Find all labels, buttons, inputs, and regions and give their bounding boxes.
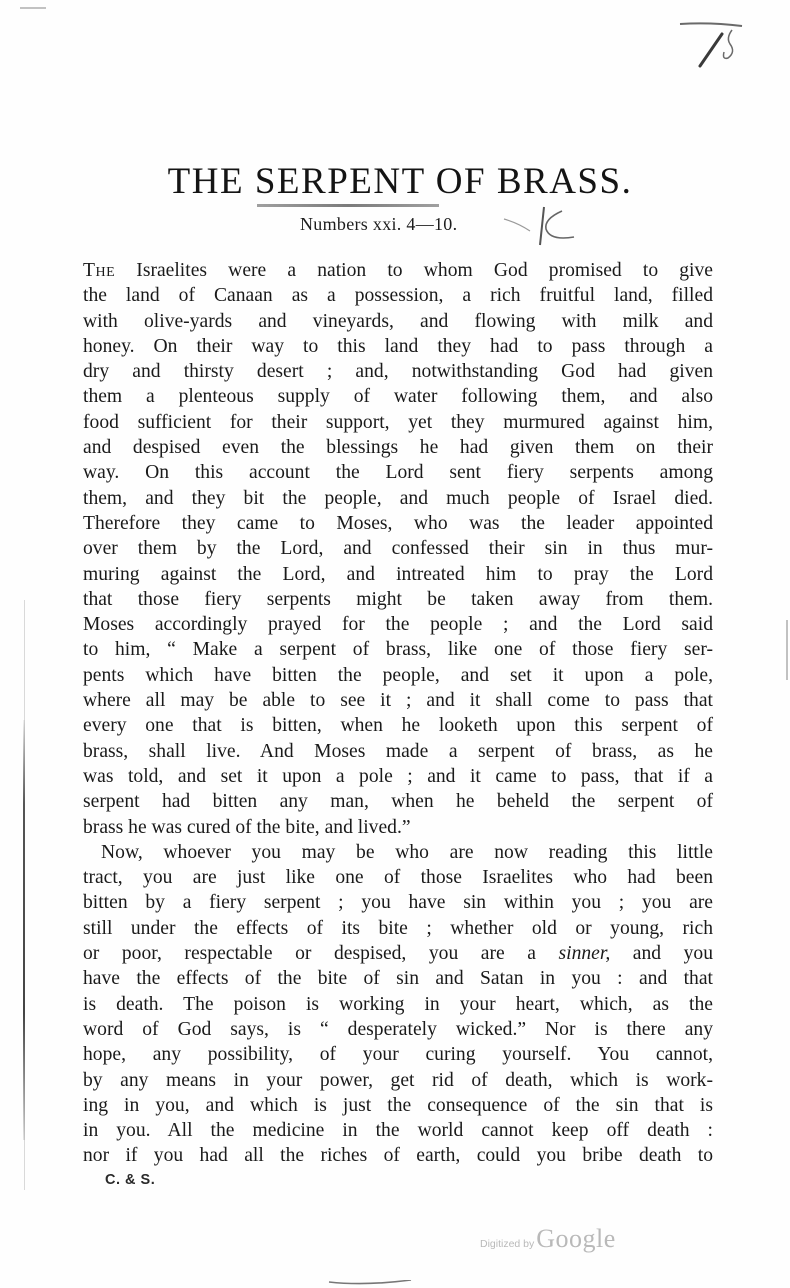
text-line: in you. All the medicine in the world ca… <box>83 1118 713 1143</box>
digitized-watermark: Digitized by Google <box>480 1224 616 1254</box>
text-line: bitten by a fiery serpent ; you have sin… <box>83 890 713 915</box>
text-line: muring against the Lord, and intreated h… <box>83 562 713 587</box>
text-line: with olive-yards and vineyards, and flow… <box>83 309 713 334</box>
text-line: still under the effects of its bite ; wh… <box>83 916 713 941</box>
text-line: word of God says, is “ desperately wicke… <box>83 1017 713 1042</box>
text-line: them a plenteous supply of water followi… <box>83 384 713 409</box>
lead-word: The <box>83 260 115 281</box>
emphasized-word: sinner, <box>559 943 611 964</box>
scan-artifact-mark <box>20 7 46 9</box>
text-line: to him, “ Make a serpent of brass, like … <box>83 637 713 662</box>
title-underline-mark <box>257 204 439 207</box>
text-line: is death. The poison is working in your … <box>83 992 713 1017</box>
text-line: by any means in your power, get rid of d… <box>83 1068 713 1093</box>
page-title: THE SERPENT OF BRASS. <box>0 160 790 203</box>
scripture-reference: Numbers xxi. 4—10. <box>300 214 457 235</box>
handwritten-annotation-mark <box>500 205 580 253</box>
text-line: over them by the Lord, and confessed the… <box>83 536 713 561</box>
scanned-page: THE SERPENT OF BRASS. Numbers xxi. 4—10.… <box>0 0 790 1288</box>
text-line: have the effects of the bite of sin and … <box>83 966 713 991</box>
text-line: ing in you, and which is just the conseq… <box>83 1093 713 1118</box>
scan-edge-line-right <box>786 620 788 680</box>
google-logo-text: Google <box>536 1224 616 1254</box>
text-line: or poor, respectable or despised, you ar… <box>83 941 713 966</box>
text-line: them, and they bit the people, and much … <box>83 486 713 511</box>
text-line: that those fiery serpents might be taken… <box>83 587 713 612</box>
printer-signature: C. & S. <box>105 1172 155 1188</box>
text-line: hope, any possibility, of your curing yo… <box>83 1042 713 1067</box>
text-line: way. On this account the Lord sent fiery… <box>83 460 713 485</box>
text-line: food sufficient for their support, yet t… <box>83 410 713 435</box>
text-line: every one that is bitten, when he looket… <box>83 713 713 738</box>
text-line: tract, you are just like one of those Is… <box>83 865 713 890</box>
text-line: Now, whoever you may be who are now read… <box>83 840 713 865</box>
text-line: The Israelites were a nation to whom God… <box>83 258 713 283</box>
text-line: where all may be able to see it ; and it… <box>83 688 713 713</box>
text-line: the land of Canaan as a possession, a ri… <box>83 283 713 308</box>
margin-pencil-line <box>23 720 25 1140</box>
text-line: honey. On their way to this land they ha… <box>83 334 713 359</box>
handwritten-page-number <box>670 18 760 68</box>
text-line: brass, shall live. And Moses made a serp… <box>83 739 713 764</box>
text-line: was told, and set it upon a pole ; and i… <box>83 764 713 789</box>
text-line: Therefore they came to Moses, who was th… <box>83 511 713 536</box>
text-line: brass he was cured of the bite, and live… <box>83 815 713 840</box>
text-line: dry and thirsty desert ; and, notwithsta… <box>83 359 713 384</box>
text-line: Moses accordingly prayed for the people … <box>83 612 713 637</box>
text-line: and despised even the blessings he had g… <box>83 435 713 460</box>
text-line: nor if you had all the riches of earth, … <box>83 1143 713 1168</box>
scan-artifact-smudge <box>325 1280 415 1286</box>
body-text: The Israelites were a nation to whom God… <box>83 258 713 1169</box>
text-line: pents which have bitten the people, and … <box>83 663 713 688</box>
watermark-prefix: Digitized by <box>480 1238 534 1250</box>
text-line: serpent had bitten any man, when he behe… <box>83 789 713 814</box>
